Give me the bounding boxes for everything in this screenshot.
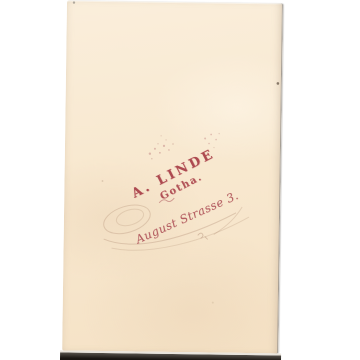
scanned-photo-card-image: A. LINDE Gotha. August Strasse 3. — [0, 0, 360, 360]
photo-card: A. LINDE Gotha. August Strasse 3. — [62, 0, 282, 360]
